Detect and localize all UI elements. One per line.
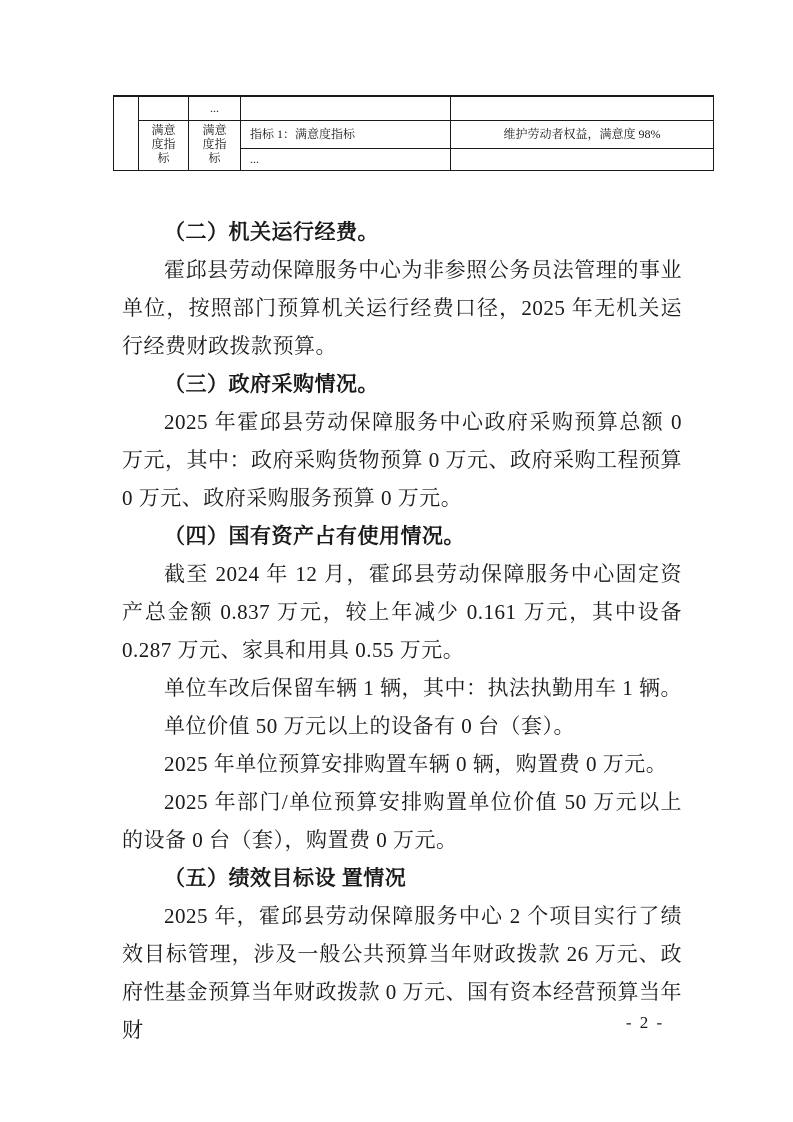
paragraph: 单位车改后保留车辆 1 辆，其中：执法执勤用车 1 辆。 [122, 669, 682, 707]
table-cell-satisfaction-category-inner: 满意度指标 [189, 120, 241, 170]
paragraph: 2025 年部门/单位预算安排购置单位价值 50 万元以上的设备 0 台（套），… [122, 783, 682, 859]
section-heading-2: （二）机关运行经费。 [122, 213, 682, 251]
table-cell-empty [451, 96, 714, 120]
table-cell-ellipsis-top: ... [189, 96, 241, 120]
paragraph: 单位价值 50 万元以上的设备有 0 台（套）。 [122, 707, 682, 745]
table-cell-ellipsis-bottom: ... [241, 148, 451, 170]
paragraph: 2025 年霍邱县劳动保障服务中心政府采购预算总额 0 万元，其中：政府采购货物… [122, 403, 682, 517]
table-cell-empty [451, 148, 714, 170]
document-page: ... 满意度指标 满意度指标 指标 1：满意度指标 维护劳动者权益，满意度 9… [0, 0, 793, 1122]
page-number: - 2 - [600, 1013, 690, 1033]
paragraph: 2025 年单位预算安排购置车辆 0 辆，购置费 0 万元。 [122, 745, 682, 783]
paragraph: 2025 年，霍邱县劳动保障服务中心 2 个项目实行了绩效目标管理，涉及一般公共… [122, 897, 682, 1049]
table-cell-indicator-value: 维护劳动者权益，满意度 98% [451, 120, 714, 148]
table-cell-empty [139, 96, 189, 120]
table-cell-indicator-name: 指标 1：满意度指标 [241, 120, 451, 148]
table-cell-satisfaction-category-outer: 满意度指标 [139, 120, 189, 170]
table-cell-left-spacer [114, 96, 139, 170]
section-heading-5: （五）绩效目标设 置情况 [122, 859, 682, 897]
section-heading-3: （三）政府采购情况。 [122, 365, 682, 403]
paragraph: 霍邱县劳动保障服务中心为非参照公务员法管理的事业单位，按照部门预算机关运行经费口… [122, 251, 682, 365]
table-cell-empty [241, 96, 451, 120]
document-body: （二）机关运行经费。 霍邱县劳动保障服务中心为非参照公务员法管理的事业单位，按照… [122, 213, 682, 1049]
section-heading-4: （四）国有资产占有使用情况。 [122, 517, 682, 555]
paragraph: 截至 2024 年 12 月，霍邱县劳动保障服务中心固定资产总金额 0.837 … [122, 555, 682, 669]
performance-indicator-table: ... 满意度指标 满意度指标 指标 1：满意度指标 维护劳动者权益，满意度 9… [113, 95, 714, 171]
